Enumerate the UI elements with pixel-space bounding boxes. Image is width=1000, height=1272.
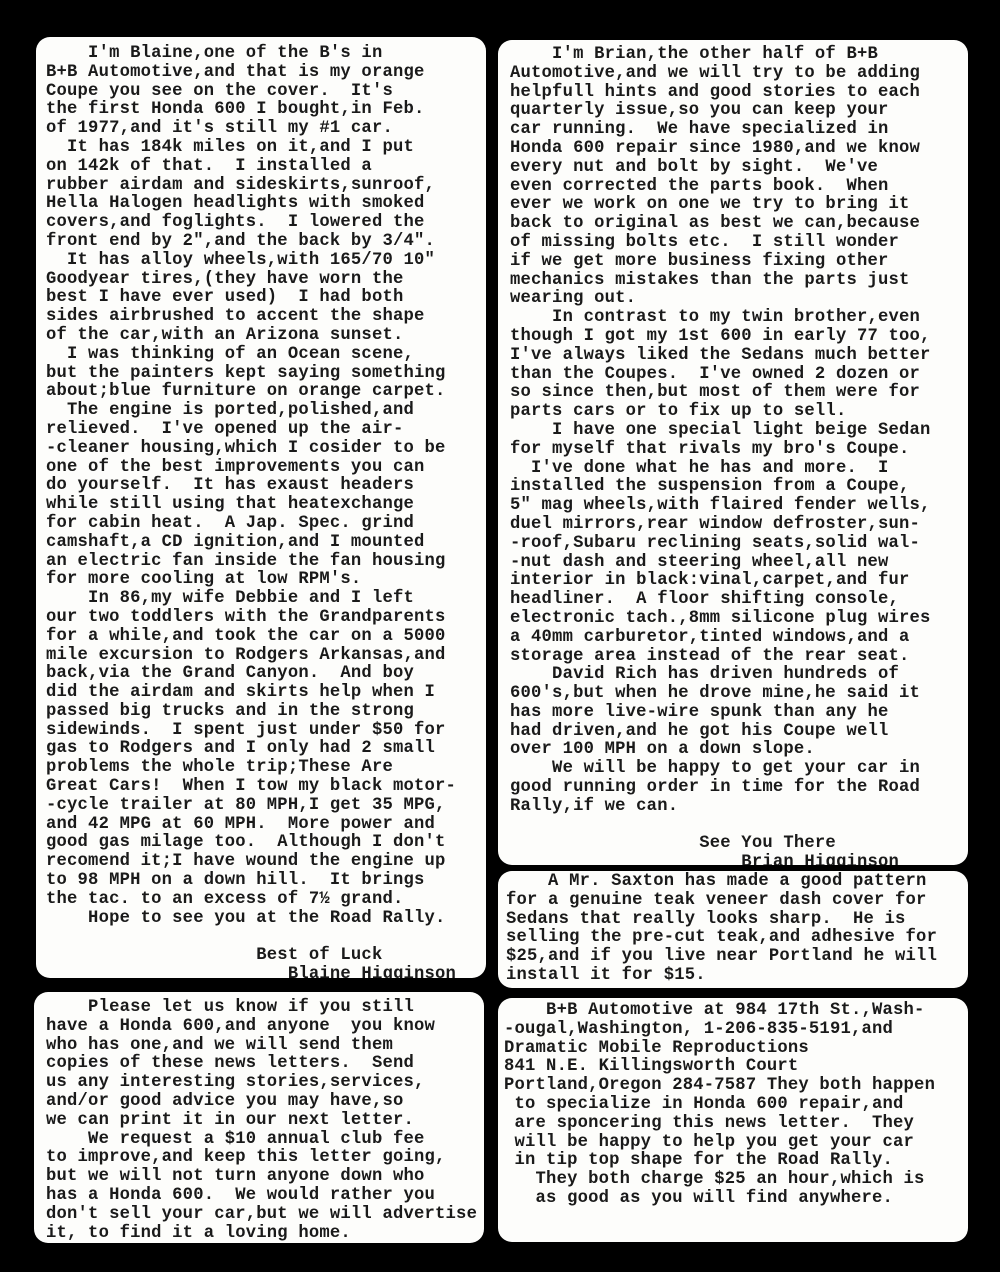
text-line: has more live-wire spunk than any he [510,704,968,723]
text-line: wearing out. [510,290,968,309]
text-line: Sedans that really looks sharp. He is [506,911,968,930]
text-line: camshaft,a CD ignition,and I mounted [46,534,486,553]
text-line: helpfull hints and good stories to each [510,84,968,103]
text-line: -cycle trailer at 80 MPH,I get 35 MPG, [46,797,486,816]
text-line: one of the best improvements you can [46,459,486,478]
text-line: I was thinking of an Ocean scene, [46,346,486,365]
text-line: mechanics mistakes than the parts just [510,272,968,291]
text-line: but the painters kept saying something [46,365,486,384]
text-line: will be happy to help you get your car [504,1134,968,1153]
text-line: for more cooling at low RPM's. [46,571,486,590]
text-line: problems the whole trip;These Are [46,759,486,778]
text-line: headliner. A floor shifting console, [510,591,968,610]
text-line: storage area instead of the rear seat. [510,648,968,667]
text-line: best I have ever used) I had both [46,289,486,308]
text-line: ever we work on one we try to bring it [510,196,968,215]
text-line: Hella Halogen headlights with smoked [46,195,486,214]
text-line: to 98 MPH on a down hill. It brings [46,872,486,891]
text-line: every nut and bolt by sight. We've [510,159,968,178]
text-line: have a Honda 600,and anyone you know [46,1018,484,1037]
text-line: who has one,and we will send them [46,1037,484,1056]
text-line: I've always liked the Sedans much better [510,347,968,366]
text-line: rubber airdam and sideskirts,sunroof, [46,177,486,196]
text-line: us any interesting stories,services, [46,1074,484,1093]
text-line: the first Honda 600 I bought,in Feb. [46,101,486,120]
text-line: I'm Brian,the other half of B+B [510,46,968,65]
text-line: Brian Higginson [510,854,968,865]
text-line: covers,and foglights. I lowered the [46,214,486,233]
text-line: but we will not turn anyone down who [46,1168,484,1187]
blaine-letter-panel: I'm Blaine,one of the B's inB+B Automoti… [36,37,486,978]
text-line: Great Cars! When I tow my black motor- [46,778,486,797]
text-line: if we get more business fixing other [510,253,968,272]
text-line: while still using that heatexchange [46,496,486,515]
text-line: to improve,and keep this letter going, [46,1149,484,1168]
text-line: good gas milage too. Although I don't [46,834,486,853]
text-line: as good as you will find anywhere. [504,1190,968,1209]
text-line: 5" mag wheels,with flaired fender wells, [510,497,968,516]
text-line: good running order in time for the Road [510,779,968,798]
text-line: Goodyear tires,(they have worn the [46,271,486,290]
text-line: It has alloy wheels,with 165/70 10" [46,252,486,271]
text-line: about;blue furniture on orange carpet. [46,383,486,402]
text-line: and 42 MPG at 60 MPH. More power and [46,816,486,835]
text-line: We will be happy to get your car in [510,760,968,779]
text-line: copies of these news letters. Send [46,1055,484,1074]
text-line: interior in black:vinal,carpet,and fur [510,572,968,591]
text-line: than the Coupes. I've owned 2 dozen or [510,366,968,385]
text-line: has a Honda 600. We would rather you [46,1187,484,1206]
text-line: Dramatic Mobile Reproductions [504,1040,968,1059]
text-line: for a genuine teak veneer dash cover for [506,892,968,911]
sponsors-note-panel: B+B Automotive at 984 17th St.,Wash--oug… [498,998,968,1242]
text-line: Portland,Oregon 284-7587 They both happe… [504,1077,968,1096]
club-note-panel: Please let us know if you stillhave a Ho… [34,992,484,1243]
text-line: back to original as best we can,because [510,215,968,234]
text-line: we can print it in our next letter. [46,1112,484,1131]
text-line: We request a $10 annual club fee [46,1131,484,1150]
text-line: so since then,but most of them were for [510,384,968,403]
text-line: sidewinds. I spent just under $50 for [46,722,486,741]
text-line: Coupe you see on the cover. It's [46,83,486,102]
saxton-note-panel: A Mr. Saxton has made a good patternfor … [498,871,968,988]
text-line: I have one special light beige Sedan [510,422,968,441]
text-line: parts cars or to fix up to sell. [510,403,968,422]
text-line: selling the pre-cut teak,and adhesive fo… [506,929,968,948]
text-line: In 86,my wife Debbie and I left [46,590,486,609]
text-line: and/or good advice you may have,so [46,1093,484,1112]
text-line: front end by 2",and the back by 3/4". [46,233,486,252]
text-line: B+B Automotive,and that is my orange [46,64,486,83]
text-line: it, to find it a loving home. [46,1225,484,1243]
text-line: car running. We have specialized in [510,121,968,140]
text-line: gas to Rodgers and I only had 2 small [46,740,486,759]
text-line: the tac. to an excess of 7½ grand. [46,891,486,910]
text-line: The engine is ported,polished,and [46,402,486,421]
text-line: had driven,and he got his Coupe well [510,723,968,742]
text-line: -nut dash and steering wheel,all new [510,554,968,573]
text-line: an electric fan inside the fan housing [46,553,486,572]
text-line: though I got my 1st 600 in early 77 too, [510,328,968,347]
text-line: installed the suspension from a Coupe, [510,478,968,497]
text-line: Best of Luck [46,947,486,966]
text-line: for a while,and took the car on a 5000 [46,628,486,647]
text-line: David Rich has driven hundreds of [510,666,968,685]
text-line [510,817,968,836]
text-line: Blaine Higginson [46,966,486,978]
text-line: back,via the Grand Canyon. And boy [46,665,486,684]
text-line: In contrast to my twin brother,even [510,309,968,328]
text-line [46,928,486,947]
text-line: of the car,with an Arizona sunset. [46,327,486,346]
text-line: on 142k of that. I installed a [46,158,486,177]
text-line: in tip top shape for the Road Rally. [504,1152,968,1171]
text-line: of missing bolts etc. I still wonder [510,234,968,253]
text-line: I've done what he has and more. I [510,460,968,479]
text-line: are sponcering this news letter. They [504,1115,968,1134]
text-line: A Mr. Saxton has made a good pattern [506,873,968,892]
text-line: over 100 MPH on a down slope. [510,741,968,760]
text-line: It has 184k miles on it,and I put [46,139,486,158]
text-line: sides airbrushed to accent the shape [46,308,486,327]
text-line: They both charge $25 an hour,which is [504,1171,968,1190]
text-line: Please let us know if you still [46,999,484,1018]
text-line: relieved. I've opened up the air- [46,421,486,440]
text-line: install it for $15. [506,967,968,986]
text-line: don't sell your car,but we will advertis… [46,1206,484,1225]
text-line: electronic tach.,8mm silicone plug wires [510,610,968,629]
text-line: 841 N.E. Killingsworth Court [504,1058,968,1077]
text-line: for myself that rivals my bro's Coupe. [510,441,968,460]
text-line: $25,and if you live near Portland he wil… [506,948,968,967]
text-line: mile excursion to Rodgers Arkansas,and [46,647,486,666]
text-line: I'm Blaine,one of the B's in [46,45,486,64]
text-line: -cleaner housing,which I cosider to be [46,440,486,459]
text-line: a 40mm carburetor,tinted windows,and a [510,629,968,648]
text-line: See You There [510,835,968,854]
text-line: Honda 600 repair since 1980,and we know [510,140,968,159]
text-line: our two toddlers with the Grandparents [46,609,486,628]
text-line: 600's,but when he drove mine,he said it [510,685,968,704]
text-line: do yourself. It has exaust headers [46,477,486,496]
brian-letter-panel: I'm Brian,the other half of B+BAutomotiv… [498,40,968,865]
text-line: -roof,Subaru reclining seats,solid wal- [510,535,968,554]
text-line: -ougal,Washington, 1-206-835-5191,and [504,1021,968,1040]
text-line: quarterly issue,so you can keep your [510,102,968,121]
text-line: passed big trucks and in the strong [46,703,486,722]
text-line: did the airdam and skirts help when I [46,684,486,703]
text-line: Rally,if we can. [510,798,968,817]
text-line: even corrected the parts book. When [510,178,968,197]
text-line: B+B Automotive at 984 17th St.,Wash- [504,1002,968,1021]
text-line: recomend it;I have wound the engine up [46,853,486,872]
text-line: for cabin heat. A Jap. Spec. grind [46,515,486,534]
text-line: duel mirrors,rear window defroster,sun- [510,516,968,535]
text-line: to specialize in Honda 600 repair,and [504,1096,968,1115]
text-line: Automotive,and we will try to be adding [510,65,968,84]
text-line: Hope to see you at the Road Rally. [46,910,486,929]
text-line: of 1977,and it's still my #1 car. [46,120,486,139]
